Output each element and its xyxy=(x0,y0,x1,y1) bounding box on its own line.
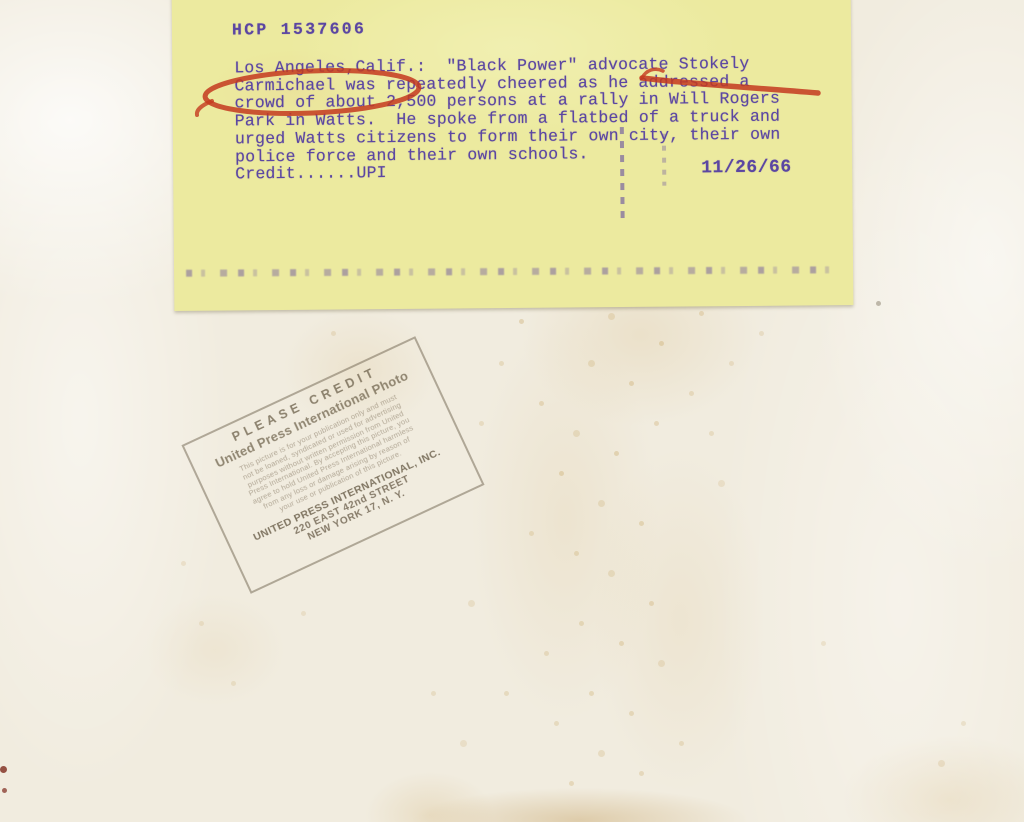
date-stamp: 11/26/66 xyxy=(701,158,792,179)
paper-stain-speckles xyxy=(0,0,3,3)
ink-smudge-row xyxy=(186,266,838,276)
photo-back-paper: HCP 1537606 Los Angeles,Calif.: "Black P… xyxy=(0,0,1024,822)
catalog-number: HCP 1537606 xyxy=(232,19,366,39)
upi-stamp: PLEASE CREDIT United Press International… xyxy=(181,336,484,594)
caption-text: Los Angeles,Calif.: "Black Power" advoca… xyxy=(234,55,781,219)
caption-slip: HCP 1537606 Los Angeles,Calif.: "Black P… xyxy=(172,0,854,311)
ink-smudge-vertical xyxy=(620,127,625,221)
caption-line: Credit......UPI xyxy=(235,161,781,183)
ink-smudge-vertical xyxy=(662,134,666,186)
